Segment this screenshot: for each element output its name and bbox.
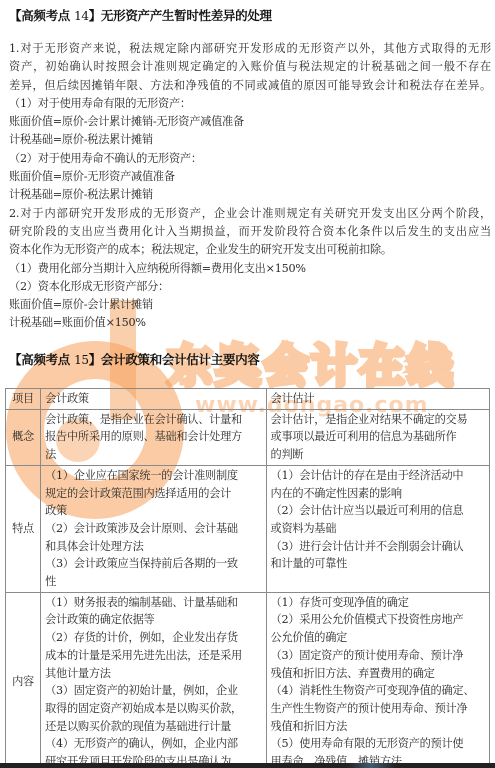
table-row-contents: 内容 （1）财务报表的编制基础、计量基础和 会计政策的确定依据等 （2）存货的计… — [6, 592, 490, 768]
text-line: 计税基础=原价-税法累计摊销 — [9, 186, 491, 204]
text-line: 计税基础=原价-税法累计摊销 — [9, 131, 491, 149]
header-policy: 会计政策 — [41, 389, 266, 410]
row-label: 概念 — [6, 409, 41, 465]
row-label: 内容 — [6, 592, 41, 768]
text-line: 账面价值=原价-无形资产减值准备 — [9, 168, 491, 186]
text-line: （1）对于使用寿命有限的无形资产： — [9, 95, 491, 113]
text-line: 资产，初始确认时按照会计准则规定确定的入账价值与税法规定的计税基础之间一般不存在 — [9, 58, 491, 76]
table-header-row: 项目 会计政策 会计估计 — [6, 389, 490, 410]
row-label: 特点 — [6, 465, 41, 592]
text-line: （1）费用化部分当期计入应纳税所得额=费用化支出×150% — [9, 260, 491, 278]
text-line: 资本化作为无形资产的成本；税法规定，企业发生的研究开发支出可税前扣除。 — [9, 241, 491, 259]
document-page: 东奥会计在线 www.dongao.com 【高频考点 14】无形资产产生暂时性… — [0, 0, 495, 768]
policy-cell: 会计政策，是指企业在会计确认、计量和 报告中所采用的原则、基础和会计处理方 法 — [41, 409, 266, 465]
text-line: 2.对于内部研究开发形成的无形资产，企业会计准则规定有关研究开发支出区分两个阶段… — [9, 205, 491, 223]
header-estimate: 会计估计 — [266, 389, 489, 410]
text-line: （2）对于使用寿命不确认的无形资产： — [9, 150, 491, 168]
policy-vs-estimate-table: 项目 会计政策 会计估计 概念 会计政策，是指企业在会计确认、计量和 报告中所采… — [5, 388, 490, 768]
page-bottom-edge — [0, 763, 495, 768]
policy-cell: （1）企业应在国家统一的会计准则制度 规定的会计政策范围内选择适用的会计 政策 … — [41, 465, 266, 592]
text-line: 差异，但后续因摊销年限、方法和净残值的不同或减值的原因可能导致会计和税法存在差异… — [9, 77, 491, 95]
estimate-cell: 会计估计，是指企业对结果不确定的交易 或事项以最近可利用的信息为基础所作 的判断 — [266, 409, 489, 465]
table-row-features: 特点 （1）企业应在国家统一的会计准则制度 规定的会计政策范围内选择适用的会计 … — [6, 465, 490, 592]
section-14-body: 1.对于无形资产来说，税法规定除内部研究开发形成的无形资产以外，其他方式取得的无… — [9, 40, 491, 333]
table-row-concept: 概念 会计政策，是指企业在会计确认、计量和 报告中所采用的原则、基础和会计处理方… — [6, 409, 490, 465]
text-line: 研究阶段的支出应当费用化计入当期损益，而开发阶段符合资本化条件以后发生的支出应当 — [9, 223, 491, 241]
section-15-heading: 【高频考点 15】会计政策和会计估计主要内容 — [9, 350, 260, 368]
estimate-cell: （1）会计估计的存在是由于经济活动中 内在的不确定性因素的影响 （2）会计估计应… — [266, 465, 489, 592]
text-line: 计税基础=账面价值×150% — [9, 314, 491, 332]
estimate-cell: （1）存货可变现净值的确定 （2）采用公允价值模式下投资性房地产 公允价值的确定… — [266, 592, 489, 768]
text-line: 1.对于无形资产来说，税法规定除内部研究开发形成的无形资产以外，其他方式取得的无… — [9, 40, 491, 58]
text-line: 账面价值=原价-会计累计摊销 — [9, 296, 491, 314]
policy-cell: （1）财务报表的编制基础、计量基础和 会计政策的确定依据等 （2）存货的计价，例… — [41, 592, 266, 768]
section-14-heading: 【高频考点 14】无形资产产生暂时性差异的处理 — [9, 6, 272, 24]
header-item: 项目 — [6, 389, 41, 410]
text-line: （2）资本化形成无形资产部分： — [9, 278, 491, 296]
text-line: 账面价值=原价-会计累计摊销-无形资产减值准备 — [9, 113, 491, 131]
